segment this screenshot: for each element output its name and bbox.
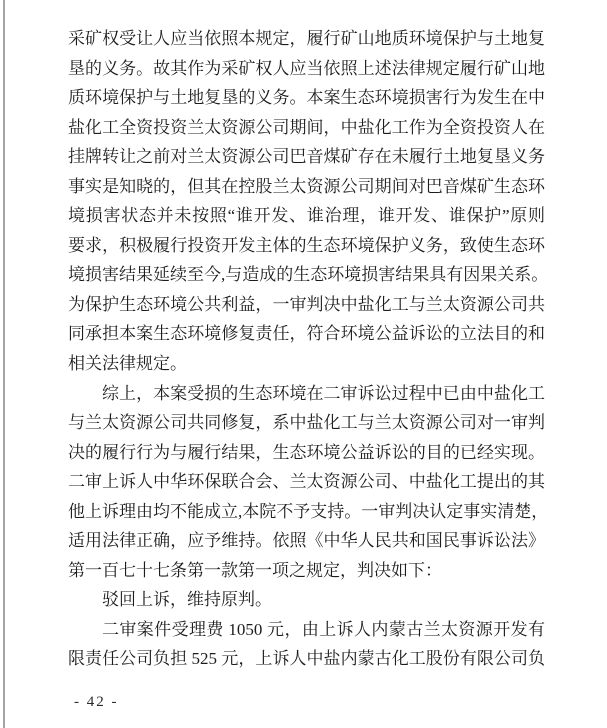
text-line: 相关法律规定。 [68,349,545,379]
text-line: 境损害状态并未按照“谁开发、谁治理，谁开发、谁保护”原则 [68,201,545,231]
text-line: 为保护生态环境公共利益，一审判决中盐化工与兰太资源公司共 [68,290,545,320]
text-line: 综上，本案受损的生态环境在二审诉讼过程中已由中盐化工 [68,379,545,409]
text-line: 限责任公司负担 525 元，上诉人中盐内蒙古化工股份有限公司负 [68,644,545,674]
text-line: 要求，积极履行投资开发主体的生态环境保护义务，致使生态环 [68,231,545,261]
text-line: 事实是知晓的，但其在控股兰太资源公司期间对巴音煤矿生态环 [68,172,545,202]
text-line: 决的履行行为与履行结果，生态环境公益诉讼的目的已经实现。 [68,438,545,468]
text-line: 他上诉理由均不能成立,本院不予支持。一审判决认定事实清楚， [68,497,545,527]
text-line: 二审案件受理费 1050 元，由上诉人内蒙古兰太资源开发有 [68,615,545,645]
text-line: 采矿权受让人应当依照本规定，履行矿山地质环境保护与土地复 [68,24,545,54]
text-line: 盐化工全资投资兰太资源公司期间，中盐化工作为全资投资人在 [68,113,545,143]
text-line: 垦的义务。故其作为采矿权人应当依照上述法律规定履行矿山地 [68,54,545,84]
page-number: - 42 - [74,694,119,711]
text-line: 挂牌转让之前对兰太资源公司巴音煤矿存在未履行土地复垦义务 [68,142,545,172]
text-line: 适用法律正确，应予维持。依照《中华人民共和国民事诉讼法》 [68,526,545,556]
text-line: 第一百七十七条第一款第一项之规定，判决如下： [68,556,545,586]
text-line: 境损害结果延续至今,与造成的生态环境损害结果具有因果关系。 [68,260,545,290]
document-page: 采矿权受让人应当依照本规定，履行矿山地质环境保护与土地复 垦的义务。故其作为采矿… [0,0,607,728]
text-line: 二审上诉人中华环保联合会、兰太资源公司、中盐化工提出的其 [68,467,545,497]
text-line: 同承担本案生态环境修复责任，符合环境公益诉讼的立法目的和 [68,319,545,349]
text-line: 驳回上诉，维持原判。 [68,585,545,615]
text-line: 与兰太资源公司共同修复，系中盐化工与兰太资源公司对一审判 [68,408,545,438]
text-line: 质环境保护与土地复垦的义务。本案生态环境损害行为发生在中 [68,83,545,113]
document-body: 采矿权受让人应当依照本规定，履行矿山地质环境保护与土地复 垦的义务。故其作为采矿… [68,24,545,674]
page-edge-line [3,0,5,728]
